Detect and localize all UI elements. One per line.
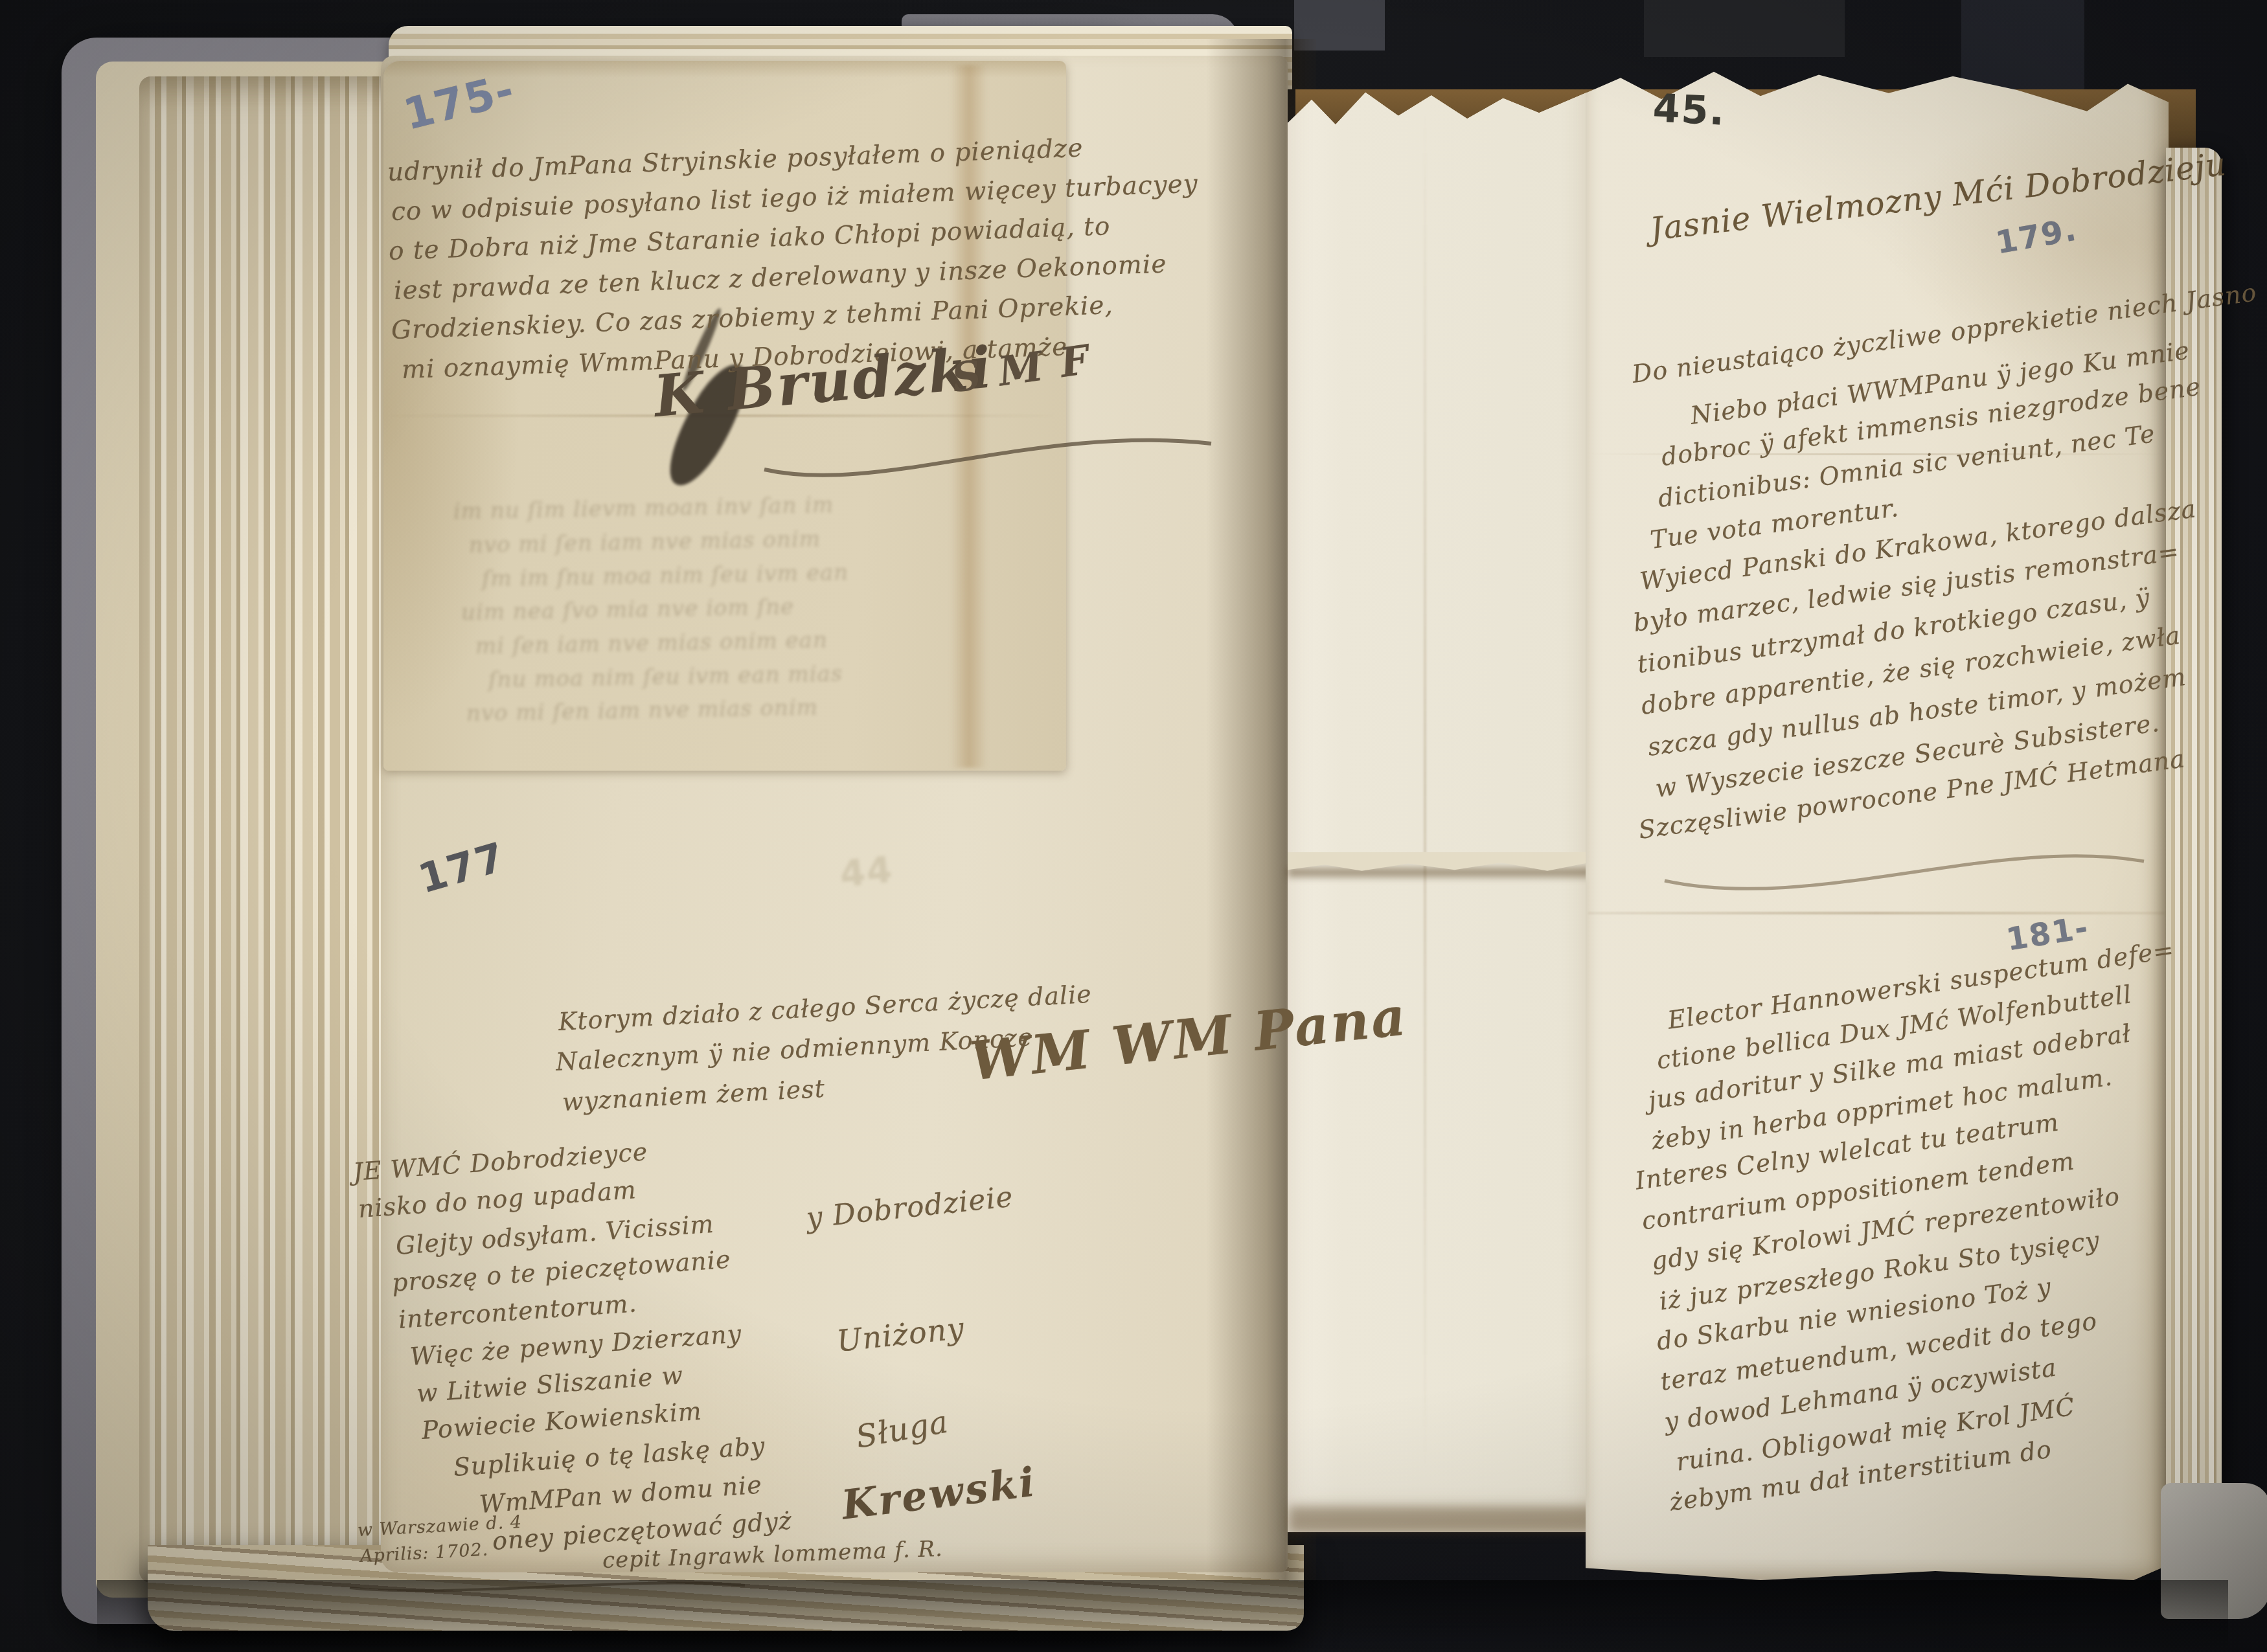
photograph-of-open-manuscript-book: 175-udrynił do JmPana Stryinskie posyłał… — [0, 0, 2267, 1652]
left-lower-column-line: intercontentorum. — [397, 1289, 637, 1334]
left-lower-right-col-line: Uniżony — [835, 1310, 966, 1358]
book-bottom-shadow — [97, 1580, 2228, 1652]
bleedthrough-line: im nu ſim lievm moan inv ſan im — [453, 492, 834, 525]
bleedthrough-line: ſm im ſnu moa nim ſeu ivm ean — [482, 560, 849, 592]
dateline: Aprilis: 1702. — [359, 1540, 489, 1567]
bleedthrough-line: mi ſen iam nve mias onim ean — [475, 628, 828, 659]
page-number-175: 175- — [399, 64, 520, 140]
left-lower-right-col-line: y Dobrodzieie — [804, 1181, 1014, 1235]
document-number-45: 45. — [1652, 85, 1727, 135]
left-lower-right-col-line: Sługa — [853, 1403, 951, 1455]
page-number-179: 179. — [1993, 211, 2080, 261]
bleedthrough-line: ſnu moa nim ſeu ivm ean mias — [488, 661, 843, 693]
left-lower-intro-line: wyznaniem żem iest — [562, 1074, 826, 1116]
bleedthrough-line: nvo mi ſen iam nve mias onim — [466, 695, 819, 727]
manuscript-text-layer: 175-udrynił do JmPana Stryinskie posyłał… — [0, 0, 2267, 1652]
signature-left-lower: Krewski — [839, 1458, 1039, 1528]
page-number-177: 177 — [413, 833, 510, 902]
letter-heading: Jasnie Wielmozny Mći Dobrodzieju — [1648, 146, 2228, 248]
bleedthrough-line: uim nea ſvo mia nve iom ſne — [461, 594, 795, 626]
faint-mark-44: 44 — [838, 848, 895, 896]
bleedthrough-line: nvo mi ſen iam nve mias onim — [469, 526, 821, 558]
